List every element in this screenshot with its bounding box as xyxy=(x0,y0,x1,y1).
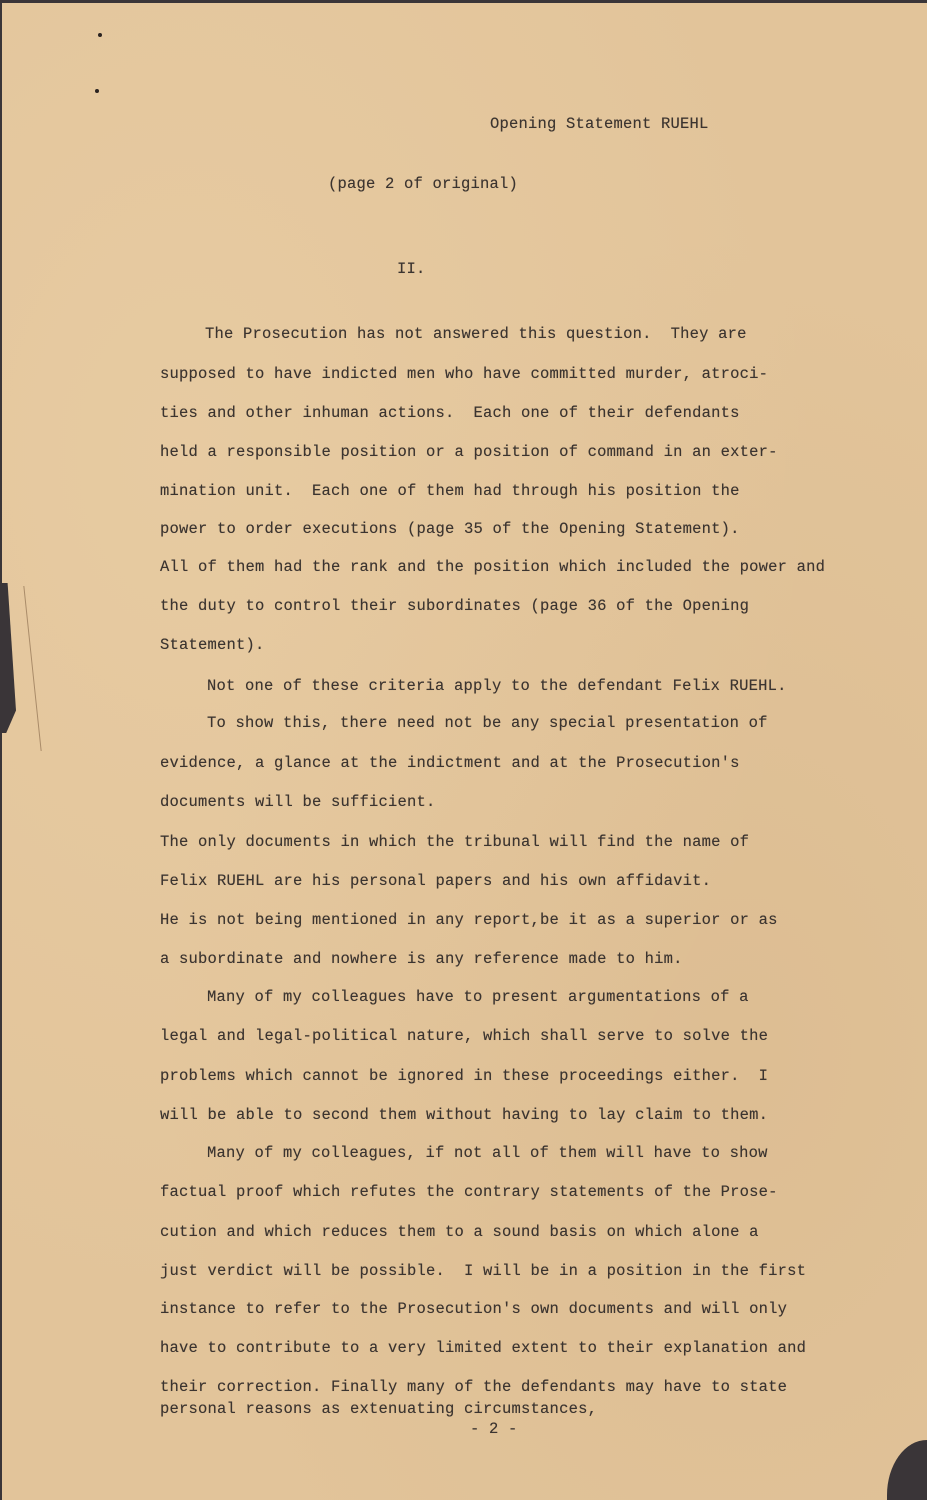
text-line: All of them had the rank and the positio… xyxy=(160,558,825,576)
text-line: evidence, a glance at the indictment and… xyxy=(160,754,740,772)
page-reference: (page 2 of original) xyxy=(328,175,518,193)
text-line: held a responsible position or a positio… xyxy=(160,443,778,461)
text-line: supposed to have indicted men who have c… xyxy=(160,365,768,383)
text-line: a subordinate and nowhere is any referen… xyxy=(160,950,683,968)
section-number: II. xyxy=(397,260,426,278)
punch-hole-mark xyxy=(98,33,102,37)
text-line: documents will be sufficient. xyxy=(160,793,436,811)
text-line: the duty to control their subordinates (… xyxy=(160,597,749,615)
text-line: power to order executions (page 35 of th… xyxy=(160,520,740,538)
text-line: have to contribute to a very limited ext… xyxy=(160,1339,806,1357)
text-line: their correction. Finally many of the de… xyxy=(160,1378,787,1396)
text-line: cution and which reduces them to a sound… xyxy=(160,1223,759,1241)
text-line: Not one of these criteria apply to the d… xyxy=(207,677,787,695)
text-line: He is not being mentioned in any report,… xyxy=(160,911,778,929)
text-line: factual proof which refutes the contrary… xyxy=(160,1183,778,1201)
text-line: The only documents in which the tribunal… xyxy=(160,833,749,851)
text-line: instance to refer to the Prosecution's o… xyxy=(160,1300,787,1318)
text-line: Many of my colleagues have to present ar… xyxy=(207,988,749,1006)
text-line: will be able to second them without havi… xyxy=(160,1106,768,1124)
text-line: legal and legal-political nature, which … xyxy=(160,1027,768,1045)
page-number: - 2 - xyxy=(470,1420,518,1438)
text-line: Felix RUEHL are his personal papers and … xyxy=(160,872,711,890)
paper-tear-corner xyxy=(887,1440,927,1500)
text-line: To show this, there need not be any spec… xyxy=(207,714,768,732)
text-line: The Prosecution has not answered this qu… xyxy=(205,325,747,343)
punch-hole-mark xyxy=(95,89,99,93)
text-line: mination unit. Each one of them had thro… xyxy=(160,482,740,500)
text-line: ties and other inhuman actions. Each one… xyxy=(160,404,740,422)
text-line: personal reasons as extenuating circumst… xyxy=(160,1400,597,1418)
document-header: Opening Statement RUEHL xyxy=(490,115,709,133)
text-line: Many of my colleagues, if not all of the… xyxy=(207,1144,768,1162)
text-line: problems which cannot be ignored in thes… xyxy=(160,1067,768,1085)
text-line: just verdict will be possible. I will be… xyxy=(160,1262,806,1280)
text-line: Statement). xyxy=(160,636,265,654)
